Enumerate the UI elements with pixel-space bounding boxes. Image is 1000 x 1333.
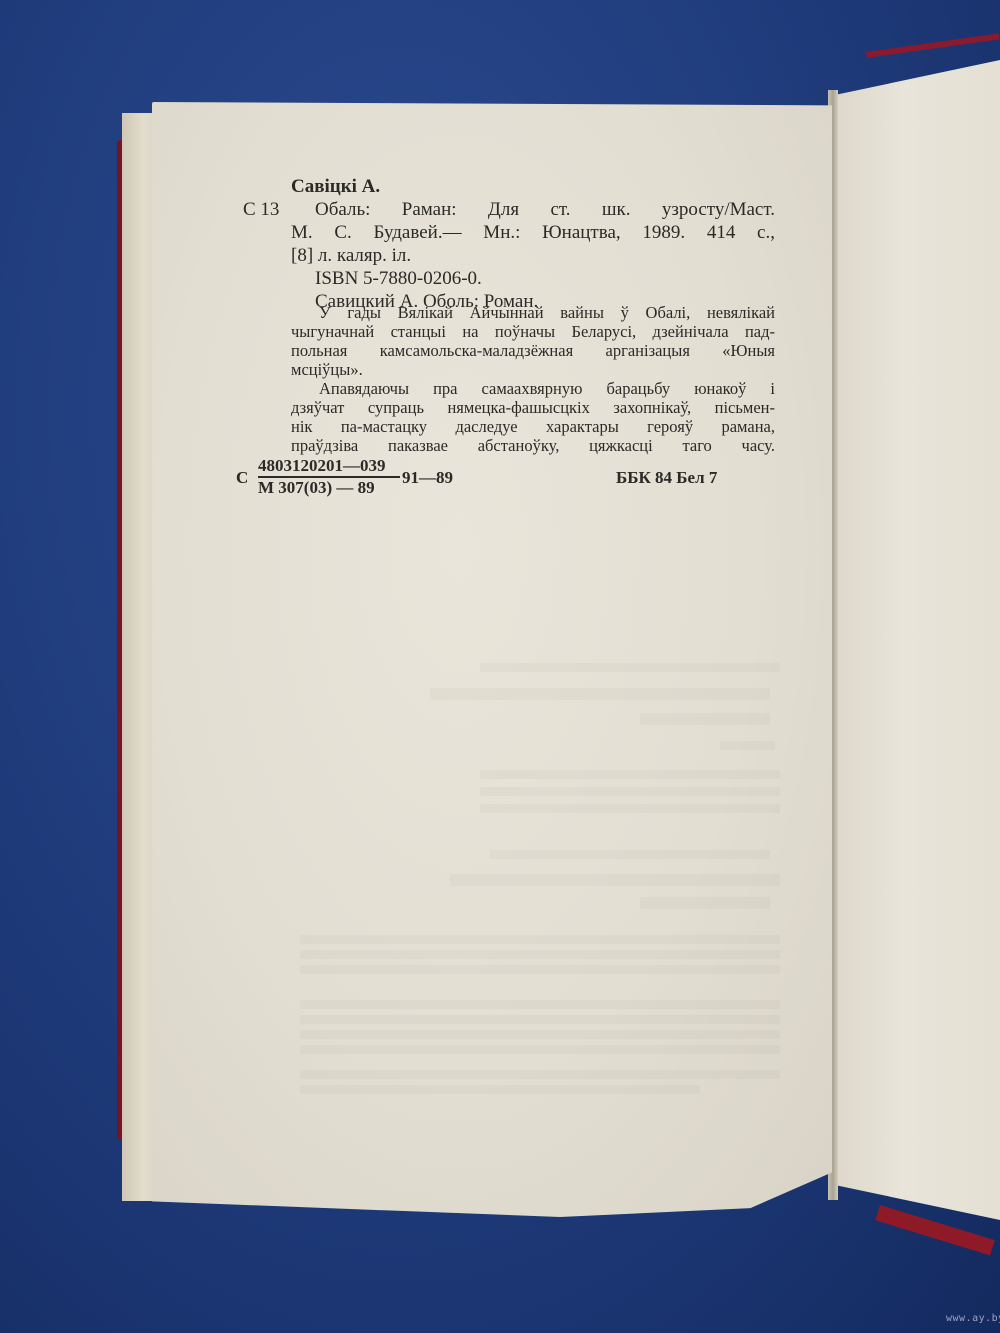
right-page xyxy=(836,60,1000,1220)
book-cover-right-top-edge xyxy=(866,33,1000,58)
annotation-paragraph-2: Апавядаючы пра самаахвярную барацьбу юна… xyxy=(291,379,775,455)
bibliographic-line-3: [8] л. каляр. іл. xyxy=(291,244,411,267)
annotation-line: дзяўчат супраць нямецка-фашысцкіх захопн… xyxy=(291,398,775,417)
udc-code: С 13 xyxy=(243,198,279,221)
annotation-line: Апавядаючы пра самаахвярную барацьбу юна… xyxy=(291,379,775,398)
fraction-denominator: М 307(03) — 89 xyxy=(258,479,400,497)
annotation-line: мсціўцы». xyxy=(291,360,775,379)
watermark: www.ay.by xyxy=(946,1313,1000,1324)
author-heading: Савіцкі А. xyxy=(291,175,380,198)
annotation-line: польная камсамольска-маладзёжная арганіз… xyxy=(291,341,775,360)
fraction-numerator: 4803120201—039 xyxy=(258,457,400,475)
classification-block: С 4803120201—039 М 307(03) — 89 91—89 ББ… xyxy=(236,457,786,497)
isbn: ISBN 5-7880-0206-0. xyxy=(315,267,482,290)
bbk-code: ББК 84 Бел 7 xyxy=(616,468,717,488)
annotation-paragraph-1: У гады Вялікай Айчыннай вайны ў Обалі, н… xyxy=(291,303,775,379)
classification-fraction: 4803120201—039 М 307(03) — 89 xyxy=(258,457,400,497)
bibliographic-line-2: М. С. Будавей.— Мн.: Юнацтва, 1989. 414 … xyxy=(291,221,775,244)
annotation-line: праўдзіва паказвае абстаноўку, цяжкасці … xyxy=(291,436,775,455)
classification-suffix: 91—89 xyxy=(402,468,453,488)
annotation-line: нік па-мастацку даследуе характары героя… xyxy=(291,417,775,436)
annotation-line: У гады Вялікай Айчыннай вайны ў Обалі, н… xyxy=(291,303,775,322)
classification-prefix: С xyxy=(236,468,248,488)
annotation-line: чыгуначнай станцыі на поўначы Беларусі, … xyxy=(291,322,775,341)
bibliographic-line-1: Обаль: Раман: Для ст. шк. узросту/Маст. xyxy=(315,198,775,221)
